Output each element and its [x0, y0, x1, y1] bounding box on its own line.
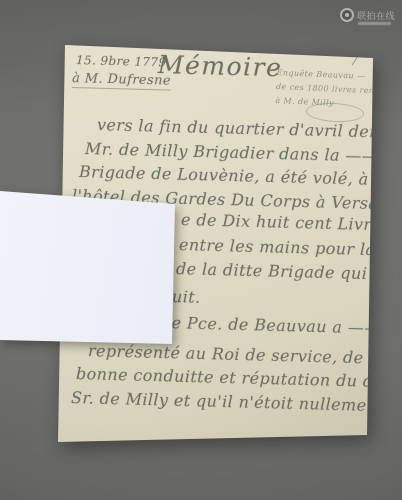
watermark-circle-logo-icon	[340, 8, 354, 22]
covering-card	[0, 0, 402, 500]
watermark-subline	[358, 22, 391, 25]
watermark: 联拍在线	[340, 8, 398, 28]
watermark-text: 联拍在线	[357, 9, 395, 22]
auction-photo-scene: 15. 9bre 1779 à M. Dufresne Mémoire Enqu…	[0, 0, 402, 500]
covering-card-wrapper	[0, 0, 402, 500]
